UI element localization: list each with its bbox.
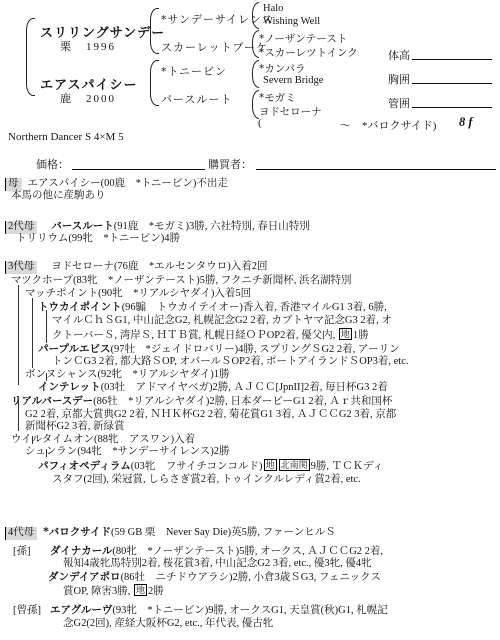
granddam-name: バースルート xyxy=(51,220,113,232)
measure-height-label: 体高 xyxy=(388,47,410,63)
sire-dam: スカーレットブーケ xyxy=(161,39,268,55)
tree-line: リアルバースデー(86牡 *リアルシヤダイ)2勝, 日本ダービーG1 2着, Ａ… xyxy=(0,395,500,409)
dam-coat-year: 鹿 2000 xyxy=(60,90,116,106)
descendant-line: [孫]ダイナカール(80牝 *ノーザンテースト)5勝, オークス, ＡＪＣＣG2… xyxy=(0,545,500,559)
dam-section-row: 母エアスパイシー(00鹿 *トニービン)不出走 xyxy=(5,176,228,191)
descendant-line: 報知4歳牝馬特別2着, 桜花賞3着, 中山記念G2 3着, etc., 優3牝,… xyxy=(0,558,500,571)
measure-girth-label: 胸囲 xyxy=(388,71,410,87)
dam-sire: *トニービン xyxy=(161,63,227,79)
tree-connector xyxy=(46,449,47,457)
ggp-mogami: *モガミ xyxy=(259,90,296,105)
fourth-dam-text: (59 GB 栗 Never Say Die)英5勝, ファーンヒルＳ xyxy=(111,527,336,538)
buyer-fill-line xyxy=(256,156,496,170)
pedigree-block: スリリングサンデー 栗 1996 エアスパイシー 鹿 2000 *サンデーサイレ… xyxy=(0,0,500,148)
group-tag: [曾孫] xyxy=(13,605,46,618)
ggp-brace-3 xyxy=(252,60,259,88)
granddam-text: (91鹿 *モガミ)3勝, 六社特別, 春日山特別 xyxy=(114,221,310,232)
dam-section-label: 母 xyxy=(5,178,22,191)
tree-connector xyxy=(18,285,19,385)
tree-line: ウイルタイムオン(88牝 アスワン)入着 xyxy=(0,434,500,447)
descendant-line: 念G2(2回), 産経大阪杯G2, etc., 年代表, 優古牝 xyxy=(0,618,500,631)
regional-box: 地 xyxy=(339,328,352,340)
dam-dam: バースルート xyxy=(161,91,232,107)
tree-line: クトーバーＳ, 湾岸Ｓ, ＨＴＢ賞, 札幌日経ＯＰOP2着, 優父内, 地1勝 xyxy=(0,328,500,343)
tree-connector xyxy=(32,298,33,368)
ggp-halo: Halo xyxy=(263,3,283,14)
dam-brace xyxy=(150,60,159,106)
tree-line: トウカイポイント(96騸 トウカイテイオー)香入着, 香港マイルG1 3着, 6… xyxy=(0,301,500,315)
fourth-dam-name: *バロクサイド xyxy=(43,526,111,538)
tree-line: パープルエビス(97牡 *ジェイドロバリー)4勝, スプリングＳG2 2着, ア… xyxy=(0,343,500,357)
price-fill-line xyxy=(72,156,205,170)
sire-coat-year: 栗 1996 xyxy=(60,38,116,54)
regional-box: 地 xyxy=(264,459,277,471)
buyer-label: 購買者： xyxy=(208,156,252,172)
third-dam-tree: 3代母ヨドセローナ(76鹿 *エルセンタウロ)入着2回 マツクホープ(83牝 *… xyxy=(0,261,500,477)
granddam-child: トリリウム(99牝 *トニービン)4勝 xyxy=(16,233,180,246)
descendant-line: [曾孫]エアグルーヴ(93牝 *トニービン)9勝, オークスG1, 天皇賞(秋)… xyxy=(0,604,500,618)
tree-line: インテレット(03牡 アドマイヤベガ)2勝, ＡＪＣＣ[JpnII]2着, 毎日… xyxy=(0,381,500,395)
tree-connector xyxy=(32,436,33,444)
tree-line: スタフ(2回), 栄冠賞, しらさぎ賞2着, トゥインクルレディ賞2着, etc… xyxy=(0,474,500,487)
tree-connector xyxy=(46,373,47,381)
descendant-line: ダンデイアポロ(86牡 ニチドウアラシ)2勝, 小倉3歳ＳG3, フェニックス xyxy=(0,571,500,585)
tree-line: マッチポイント(90牝 *リアルシヤダイ)入着5回 xyxy=(0,287,500,301)
tree-line: シュンラン(94牝 *サンデーサイレンス)2勝 xyxy=(0,446,500,459)
ggp-yodo-serona: ヨドセローナ xyxy=(259,104,322,119)
fourth-dam-block: 4代母*バロクサイド(59 GB 栗 Never Say Die)英5勝, ファ… xyxy=(0,526,500,636)
ggp-scarlet-ink: *スカーレツトインク xyxy=(259,45,358,60)
tree-line: パフィオペディラム(03牝 フサイチコンコルド)地北南関9勝, ＴＣＫディ xyxy=(0,459,500,474)
third-dam-head: 3代母ヨドセローナ(76鹿 *エルセンタウロ)入着2回 xyxy=(0,261,500,274)
descendant-line: 賞OP, 障害3勝, 地2勝 xyxy=(0,584,500,599)
tree-line: トンＣG3 2着, 都大路ＳOP, オパールＳOP2着, ポートアイランドＳOP… xyxy=(0,356,500,369)
ggp-wishing-well: Wishing Well xyxy=(263,16,320,27)
family-open-paren: ( xyxy=(258,117,262,129)
tree-line: マツクホープ(83牝 *ノーザンテースト)5勝, フクニチ新聞杯, 浜名湖特別 xyxy=(0,274,500,288)
dam-section-text: エアスパイシー(00鹿 *トニービン)不出走 xyxy=(28,178,228,189)
group-tag: [孫] xyxy=(13,546,46,559)
measure-cannon-label: 管囲 xyxy=(388,95,410,111)
inbreeding-note: Northern Dancer S 4×M 5 xyxy=(8,131,124,143)
catalog-page: スリリングサンデー 栗 1996 エアスパイシー 鹿 2000 *サンデーサイレ… xyxy=(0,0,500,640)
third-dam-label: 3代母 xyxy=(5,261,37,274)
regional-box: 地 xyxy=(134,584,147,596)
tree-line: ボンヌシャンス(92牝 *リアルシヤダイ)1勝 xyxy=(0,369,500,382)
region-box: 北南関 xyxy=(279,459,310,471)
fourth-dam-label: 4代母 xyxy=(5,527,37,540)
tree-connector xyxy=(18,398,19,431)
tree-line: G2 2着, 京都大賞典G2 2着, ＮＨＫ杯G2 2着, 菊花賞G1 3着, … xyxy=(0,409,500,422)
sire-sire: *サンデーサイレンス xyxy=(161,11,274,27)
granddam-label: 2代母 xyxy=(5,221,37,234)
granddam-row: 2代母バースルート(91鹿 *モガミ)3勝, 六社特別, 春日山特別 xyxy=(5,219,310,234)
measure-girth-line xyxy=(412,71,492,84)
ggp-severn-bridge: Severn Bridge xyxy=(263,75,323,86)
main-brace xyxy=(26,18,35,96)
tree-connector xyxy=(46,310,47,343)
fourth-dam-head: 4代母*バロクサイド(59 GB 栗 Never Say Die)英5勝, ファ… xyxy=(0,526,500,540)
measure-cannon-line xyxy=(412,95,492,108)
ggp-kampala: *カンパラ xyxy=(259,61,306,76)
ggp-brace-4 xyxy=(252,90,259,119)
dam-section-note: 本馬の他に産駒あり xyxy=(11,190,106,203)
third-dam-text: (76鹿 *エルセンタウロ)入着2回 xyxy=(114,261,268,272)
third-dam-name: ヨドセローナ xyxy=(51,261,114,272)
measure-height-line xyxy=(412,47,492,60)
tree-line: マイルＣｈＳG1, 中山記念G2, 札幌記念G2 2着, カブトヤマ記念G3 2… xyxy=(0,314,500,328)
tree-line: 新聞杯G2 3着, 新緑賞 xyxy=(0,421,500,434)
ggp-northern-taste: *ノーザンテースト xyxy=(259,31,347,46)
family-tail: ～ *バロクサイド) xyxy=(340,117,436,133)
family-number: 8 f xyxy=(459,115,473,130)
price-label: 価格： xyxy=(36,156,69,172)
